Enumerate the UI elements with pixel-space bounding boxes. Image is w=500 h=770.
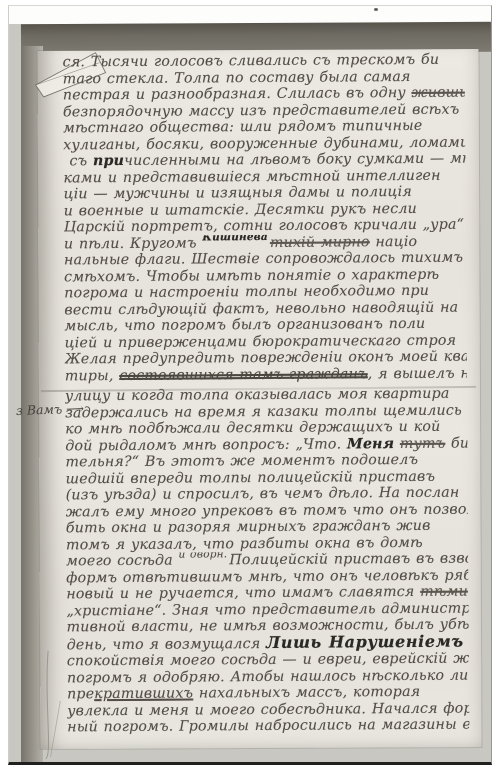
manuscript-segment: ціи — мужчины и изящныя дамы и полиція xyxy=(64,184,413,202)
manuscript-segment: — съ xyxy=(63,153,93,169)
manuscript-segment: день, что я возмущался xyxy=(67,635,266,652)
manuscript-segment: , я вышелъ на xyxy=(368,365,467,382)
manuscript-segment: численными на лѣвомъ боку сумками — мѣш xyxy=(124,151,465,169)
manuscript-segment-bl: Лишь Нарушеніемъ xyxy=(266,633,464,651)
ink-speck xyxy=(374,8,378,11)
manuscript-segment: дой рыдаломъ мнѣ вопросъ: „Что. xyxy=(65,436,347,454)
manuscript-segment: ный погромъ. Громилы набросились на мага… xyxy=(67,717,469,736)
manuscript-segment: націо xyxy=(370,233,418,249)
manuscript-segment: погрома и настроеніи толпы необходимо пр… xyxy=(64,283,429,302)
manuscript-segment: моего сосѣда xyxy=(66,553,179,570)
manuscript-line: тиры, состоявшихся тамъ гражданъ, я выше… xyxy=(65,365,467,384)
margin-note: з Вамъ ⟶ xyxy=(16,401,74,418)
manuscript-segment-b: Меня xyxy=(347,436,394,452)
manuscript-segment: мѣстнаго общества: шли рядомъ типичные xyxy=(63,118,422,137)
manuscript-segment: Полицейскій приставъ въ взволнован xyxy=(229,551,468,569)
manuscript-segment: пре xyxy=(67,686,94,702)
manuscript-segment: смѣхомъ. Чтобы имѣть понятіе о характерѣ xyxy=(64,266,439,285)
manuscript-segment: тиры, xyxy=(65,367,120,383)
manuscript-segment-b: при xyxy=(93,153,124,169)
manuscript-text: ся. Тысячи голосовъ сливались съ треском… xyxy=(63,52,470,750)
screenshot-root: ся. Тысячи голосовъ сливались съ треском… xyxy=(0,0,500,770)
manuscript-segment: улицу и когда толпа оказывалась моя квар… xyxy=(65,386,450,405)
manuscript-segment: и военные и штатскіе. Десятки рукъ несли xyxy=(64,200,417,218)
manuscript-segment-st: тутъ xyxy=(400,435,446,451)
manuscript-segment: томъ я указалъ, что разбиты окна въ домѣ xyxy=(66,534,423,552)
manuscript-page: ся. Тысячи голосовъ сливались съ треском… xyxy=(37,49,481,749)
manuscript-segment: ся. Тысячи голосовъ сливались съ треском… xyxy=(63,52,440,71)
scanned-photo: ся. Тысячи голосовъ сливались съ треском… xyxy=(8,5,492,765)
manuscript-line: ный погромъ. Громилы набросились на мага… xyxy=(67,717,469,736)
manuscript-segment: нахальныхъ массъ, которая xyxy=(193,684,420,702)
manuscript-segment: таго стекла. Толпа по составу была самая xyxy=(63,68,411,86)
manuscript-segment: и пѣли. Кругомъ xyxy=(64,235,203,252)
manuscript-segment-st: тѣми xyxy=(420,584,468,600)
manuscript-segment: тельня?“ Въ этотъ же моментъ подошелъ xyxy=(65,452,418,470)
manuscript-segment: бить xyxy=(445,435,467,451)
manuscript-segment-u: кратившихъ xyxy=(94,685,193,702)
manuscript-segment-st: тихій мирно xyxy=(270,234,370,251)
manuscript-segment: ками и представившіеся мѣстной интеллиге… xyxy=(63,167,440,186)
manuscript-segment: ко мнѣ подбѣжали десятки держащихъ и кой xyxy=(65,419,440,438)
manuscript-segment: новый и не ручается, что имамъ славятся xyxy=(66,584,420,602)
manuscript-segment: бить окна и разоряя мирныхъ гражданъ жив xyxy=(66,518,431,537)
manuscript-segment: шедшій впереди толпы полицейскій пристав… xyxy=(65,468,435,487)
manuscript-segment-sth: состоявшихся тамъ гражданъ xyxy=(119,366,368,384)
manuscript-segment-st: жившихъ xyxy=(411,85,464,101)
manuscript-segment: мысль, что погромъ былъ организованъ пол… xyxy=(64,316,425,335)
manuscript-segment: пестрая и разнообразная. Слилась въ одну xyxy=(63,85,412,103)
